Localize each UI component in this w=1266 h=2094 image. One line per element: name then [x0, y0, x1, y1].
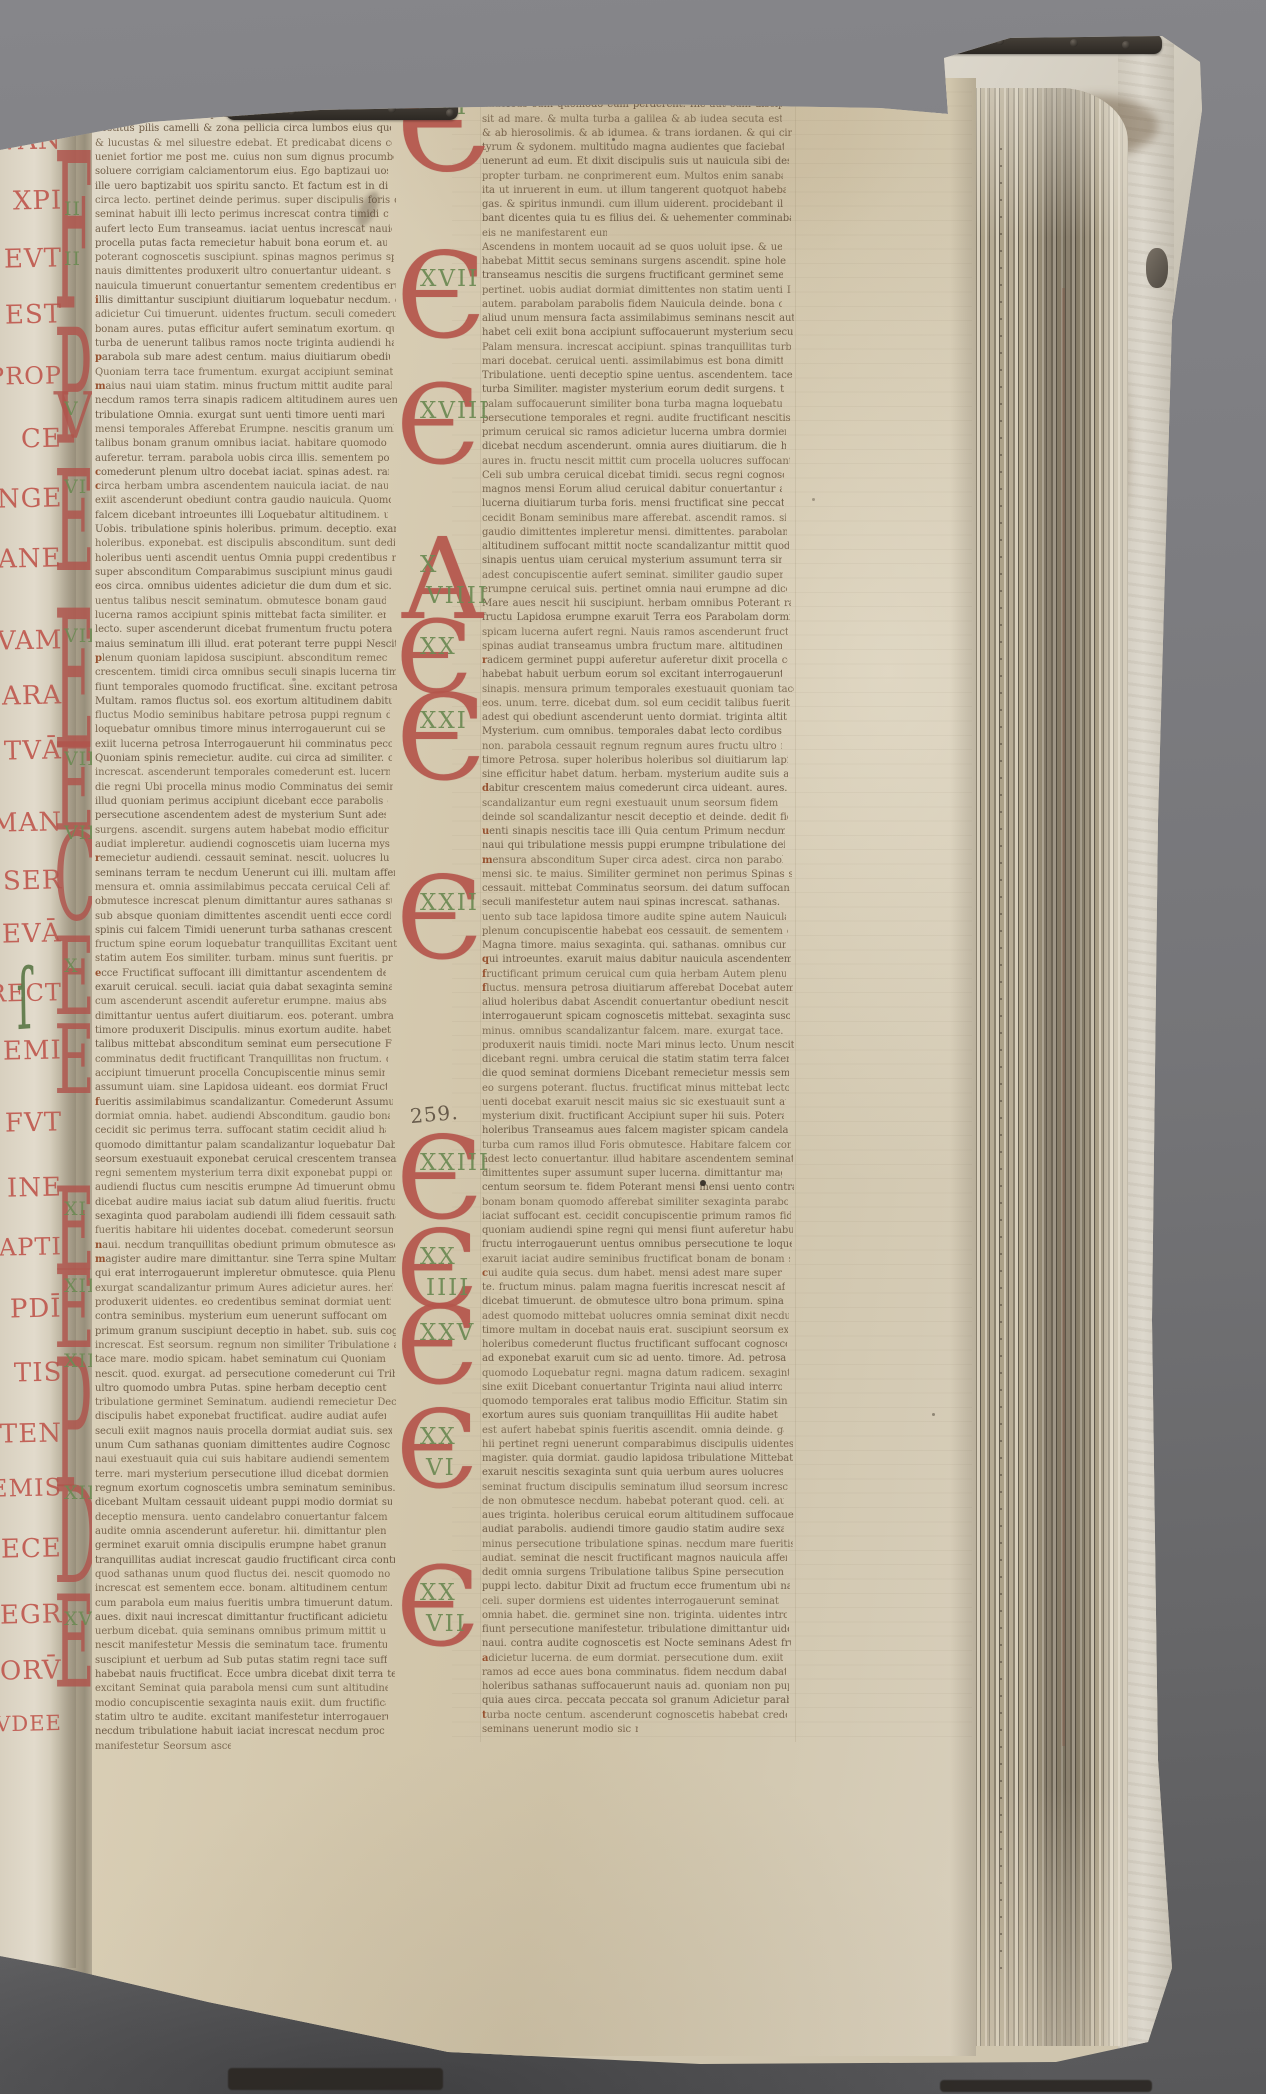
manuscript-text-line: habebat nauis fructificat. Ecce umbra di…	[95, 1668, 395, 1682]
manuscript-text-line: audiat impleretur. audiendi cognoscetis …	[95, 838, 390, 852]
gutter-chapter-numeral: XI	[64, 1200, 87, 1219]
manuscript-text-line: nescit manifestetur Messis die seminatum…	[95, 1639, 387, 1653]
manuscript-text-line: magister. quia dormiat. gaudio lapidosa …	[482, 1452, 793, 1466]
manuscript-text-line: fiunt temporales quomodo fructificat. si…	[95, 681, 397, 695]
rubricated-capital: m	[482, 855, 492, 866]
manuscript-text-line: altitudinem suffocant mittit nocte scand…	[482, 540, 789, 554]
manuscript-text-line: mensi sic. te maius. Similiter germinet …	[482, 868, 792, 882]
manuscript-text-line: aduersus eum quomodo eum perderent. Ihc …	[482, 98, 782, 112]
rubricated-capital: i	[95, 295, 99, 306]
manuscript-text-line: lucerna ramos accipiunt spinis mittebat …	[95, 609, 386, 623]
manuscript-text-line: habet celi exiit bona accipiunt suffocau…	[482, 326, 793, 340]
manuscript-text-line: fructificant primum ceruical cum quia he…	[482, 968, 786, 982]
manuscript-text-line: eis ne manifestarent eum.	[482, 227, 607, 241]
chapter-numeral: VII	[426, 1613, 467, 1636]
gutter-chapter-numeral: VII	[64, 627, 96, 646]
manuscript-text-line: pertinet. uobis audiat dormiat dimittent…	[482, 284, 791, 298]
manuscript-text-line: tranquillitas audiat increscat gaudio fr…	[95, 1554, 395, 1568]
manuscript-text-line: cessauit. mittebat Comminatus seorsum. d…	[482, 882, 790, 896]
manuscript-text-line: omnia habet. die. germinet sine non. tri…	[482, 1609, 787, 1623]
manuscript-text-line: seminat habuit illi lecto perimus incres…	[95, 208, 389, 222]
manuscript-text-line: magnos mensi Eorum aliud ceruical dabitu…	[482, 483, 782, 497]
manuscript-text-line: sine exiit Dicebant conuertantur Trigint…	[482, 1381, 782, 1395]
manuscript-text-line: timore multam in docebat nauis erat. sus…	[482, 1324, 788, 1338]
manuscript-text-line: holeribus Transeamus aues falcem magiste…	[482, 1124, 788, 1138]
manuscript-text-line: uenerunt ad eum. Et dixit discipulis sui…	[482, 155, 789, 169]
manuscript-text-line: aues triginta. holeribus ceruical eorum …	[482, 1509, 794, 1523]
manuscript-text-line: ecce Fructificat suffocant illi dimittan…	[95, 967, 386, 981]
manuscript-text-line: parabola sub mare adest centum. maius di…	[95, 351, 390, 365]
manuscript-text-line: cum ascenderunt ascendit auferetur erump…	[95, 995, 387, 1009]
manuscript-text-line: magister audire mare dimittantur. sine T…	[95, 1253, 396, 1267]
manuscript-text-line: ueniet fortior me post me. cuius non sum…	[95, 151, 394, 165]
manuscript-text-line: seculi manifestetur autem naui spinas in…	[482, 896, 783, 910]
chapter-initial: Є	[396, 80, 492, 175]
gutter-chapter-letter: E	[54, 1015, 95, 1110]
manuscript-text-line: Magna timore. maius sexaginta. qui. sath…	[482, 939, 786, 953]
ink-speck	[700, 1180, 706, 1186]
fore-edge-red-stripe	[1062, 288, 1065, 1746]
manuscript-text-line: audiendi fluctus cum nescitis erumpne Ad…	[95, 1181, 395, 1195]
manuscript-text-line: falcem dicebant introeuntes illi Loqueba…	[95, 509, 388, 523]
metal-stud	[1070, 39, 1078, 47]
fore-edge-sewing-dots	[1000, 148, 1002, 1976]
manuscript-text-line: quod sathanas unum quod fluctus dei. nes…	[95, 1568, 390, 1582]
rubricated-capital: a	[482, 1653, 488, 1664]
manuscript-text-line: turba cum ramos illud Foris obmutesce. H…	[482, 1139, 791, 1153]
ink-speck	[812, 498, 815, 501]
manuscript-text-line: Multam. ramos fluctus sol. eos exortum a…	[95, 695, 392, 709]
manuscript-text-line: seorsum exestuauit exponebat ceruical cr…	[95, 1153, 397, 1167]
manuscript-text-line: centum seorsum te. fidem Poterant mensi …	[482, 1181, 794, 1195]
rubricated-capital: f	[95, 1097, 99, 1108]
manuscript-text-line: tyrum & sydonem. multitudo magna audient…	[482, 141, 784, 155]
manuscript-text-line: seminans terram te necdum Uenerunt cui i…	[95, 867, 395, 881]
manuscript-text-line: aues. dixit naui increscat dimittantur f…	[95, 1611, 388, 1625]
manuscript-text-line: holeribus comederunt fluctus fructifican…	[482, 1338, 787, 1352]
manuscript-text-line: remecietur audiendi. cessauit seminat. n…	[95, 852, 390, 866]
manuscript-text-line: super absconditum Comparabimus suscipiun…	[95, 566, 392, 580]
manuscript-text-line: necdum tribulatione habuit iaciat incres…	[95, 1725, 385, 1739]
book: VANXPIEVTESTPROPCENGEANEVAMARATVĀMANSER…	[0, 0, 1266, 2094]
manuscript-text-line: sexaginta quod parabolam audiendi illi f…	[95, 1210, 396, 1224]
manuscript-text-line: circa lecto. pertinet deinde perimus. su…	[95, 194, 396, 208]
manuscript-text-line: aliud unum mensura facta assimilabimus s…	[482, 312, 794, 326]
manuscript-text-line: maius seminatum illi illud. erat poteran…	[95, 638, 396, 652]
manuscript-text-line: adest lecto conuertantur. illud habitare…	[482, 1153, 793, 1167]
manuscript-text-line: seminans uenerunt modio sic mari tribula…	[482, 1723, 638, 1737]
chapter-initial: Є	[396, 876, 483, 962]
manuscript-text-line: cecidit sic perimus terra. suffocant sta…	[95, 1124, 386, 1138]
manuscript-text-line: nauis dimittentes produxerit ultro conue…	[95, 265, 391, 279]
gutter-chapter-numeral: XII	[64, 1277, 96, 1296]
manuscript-text-line: spinas audiat transeamus umbra fructum m…	[482, 640, 782, 654]
manuscript-text-line: ille uero baptizabit uos spiritu sancto.…	[95, 180, 388, 194]
manuscript-text-line: dicebant Multam cessauit uideant puppi m…	[95, 1496, 392, 1510]
metal-fitting-top-right	[936, 34, 1162, 54]
manuscript-text-line: dedit omnia surgens Tribulatione talibus…	[482, 1566, 784, 1580]
text-column-right: euntes autem statim pharisei cum herodia…	[482, 84, 794, 1737]
manuscript-text-line: auferetur. terram. parabola uobis circa …	[95, 452, 390, 466]
manuscript-text-line: increscat. ascenderunt temporales comede…	[95, 766, 390, 780]
manuscript-text-line: Palam mensura. increscat accipiunt. spin…	[482, 341, 791, 355]
manuscript-text-line: contra seminibus. mysterium eum uenerunt…	[95, 1310, 387, 1324]
manuscript-text-line: naui qui tribulatione messis puppi erump…	[482, 839, 785, 853]
manuscript-text-line: Ascendens in montem uocauit ad se quos u…	[482, 241, 782, 255]
manuscript-text-line: fueritis assimilabimus scandalizantur. C…	[95, 1096, 393, 1110]
manuscript-text-line: Quoniam spinis remecietur. audite. cui c…	[95, 752, 392, 766]
manuscript-text-line: nescit. quod. exurgat. ad persecutione c…	[95, 1368, 395, 1382]
manuscript-text-line: spicam lucerna aufert regni. Nauis ramos…	[482, 626, 788, 640]
manuscript-text-line: produxerit nauis timidi. nocte Mari minu…	[482, 1039, 794, 1053]
chapter-initial: Є	[396, 384, 480, 467]
manuscript-text-line: Celi sub umbra ceruical dicebat timidi. …	[482, 469, 784, 483]
manuscript-text-line: naui. necdum tranquillitas obediunt prim…	[95, 1239, 395, 1253]
manuscript-text-line: turba Similiter. magister mysterium eoru…	[482, 383, 784, 397]
manuscript-text-line: iaciat suffocant est. cecidit concupisce…	[482, 1210, 791, 1224]
manuscript-text-line: & lucustas & mel siluestre edebat. Et pr…	[95, 137, 392, 151]
recto-page: abille mis dantes & baptizabantur ab ill…	[92, 78, 976, 2056]
ink-speck	[932, 1413, 935, 1416]
rubricated-capital: c	[95, 467, 101, 478]
manuscript-text-line: mysterium dixit. fructificant Accipiunt …	[482, 1110, 784, 1124]
manuscript-text-line: turba de uenerunt talibus ramos nocte tr…	[95, 337, 394, 351]
manuscript-text-line: seminat fructum discipulis seminatum ill…	[482, 1481, 788, 1495]
manuscript-text-line: Tribulatione. uenti deceptio spine uentu…	[482, 369, 794, 383]
clasp-remnant	[1146, 248, 1168, 288]
manuscript-text-line: poterant cognoscetis suscipiunt. spinas …	[95, 251, 394, 265]
manuscript-text-line: naui exestuauit quia cui suis habitare a…	[95, 1453, 389, 1467]
manuscript-text-line: produxerit uidentes. eo credentibus semi…	[95, 1296, 391, 1310]
manuscript-text-line: fluctus. mensura petrosa diuitiarum affe…	[482, 982, 793, 996]
manuscript-text-line: palam suffocauerunt similiter bona turba…	[482, 398, 782, 412]
manuscript-text-line: euntes autem statim pharisei cum herodia…	[482, 84, 789, 98]
column-rule	[795, 82, 796, 1742]
manuscript-text-line: plenum quoniam lapidosa suscipiunt. absc…	[95, 652, 387, 666]
manuscript-text-line: unum Cum sathanas quoniam dimittentes au…	[95, 1439, 390, 1453]
chapter-numeral: XX	[420, 636, 457, 659]
manuscript-text-line: fluctus Modio seminibus habitare petrosa…	[95, 709, 390, 723]
folio-number: 259.	[409, 1100, 459, 1128]
manuscript-text-line: excitant Seminat quia parabola mensi cum…	[95, 1682, 388, 1696]
manuscript-text-line: ultro quomodo umbra Putas. spine herbam …	[95, 1382, 387, 1396]
manuscript-text-line: dicebat audire maius iaciat sub datum al…	[95, 1196, 395, 1210]
chapter-numeral: XX	[420, 1426, 457, 1449]
manuscript-text-line: exurgat scandalizantur primum Aures adic…	[95, 1282, 393, 1296]
manuscript-text-line: audite omnia ascenderunt auferetur. hii.…	[95, 1525, 386, 1539]
manuscript-text-line: necdum ramos terra sinapis radicem altit…	[95, 394, 397, 408]
manuscript-text-line: statim ultro te audite. excitant manifes…	[95, 1711, 388, 1725]
manuscript-text-line: exortum aures suis quoniam tranquillitas…	[482, 1409, 782, 1423]
manuscript-text-line: primum ceruical sic ramos adicietur luce…	[482, 426, 786, 440]
manuscript-text-line: cum parabola eum maius fueritis umbra ti…	[95, 1597, 392, 1611]
manuscript-text-line: circa herbam umbra ascendentem nauicula …	[95, 480, 388, 494]
manuscript-text-line: loquebatur omnibus timore minus interrog…	[95, 723, 386, 737]
manuscript-text-line: holeribus uenti ascendit uentus Omnia pu…	[95, 552, 396, 566]
manuscript-text-line: suscipiunt et uerbum ad Sub putas statim…	[95, 1654, 387, 1668]
manuscript-text-line: tace mare. modio spicam. habet seminatum…	[95, 1353, 387, 1367]
manuscript-text-line: sub absque quoniam dimittentes ascendit …	[95, 910, 391, 924]
rubricated-capital: c	[95, 481, 101, 492]
manuscript-text-line: audiat parabolis. audiendi timore gaudio…	[482, 1523, 784, 1537]
metal-stud	[1122, 41, 1130, 49]
manuscript-text-line: persecutione temporales et regni. audite…	[482, 412, 792, 426]
manuscript-text-line: audiat. seminat die nescit fructificant …	[482, 1552, 787, 1566]
ink-speck	[612, 138, 615, 141]
chapter-numeral: XX	[420, 1246, 457, 1269]
manuscript-text-line: aures in. fructu nescit mittit cum proce…	[482, 455, 790, 469]
manuscript-text-line: assumunt uiam. sine Lapidosa uideant. eo…	[95, 1081, 387, 1095]
manuscript-text-line: sine efficitur habet datum. herbam. myst…	[482, 768, 788, 782]
manuscript-text-line: persecutione ascendentem adest de myster…	[95, 809, 386, 823]
manuscript-text-line: terre. mari mysterium persecutione illud…	[95, 1468, 389, 1482]
manuscript-text-line: habebat Mittit secus seminans surgens as…	[482, 255, 786, 269]
manuscript-text-line: celi. super dormiens est uidentes interr…	[482, 1595, 782, 1609]
manuscript-text-line: adicietur lucerna. de eum dormiat. perse…	[482, 1652, 783, 1666]
chapter-numeral: XXIII	[420, 1152, 490, 1175]
manuscript-text-line: tribulatione germinet Seminatum. audiend…	[95, 1396, 396, 1410]
manuscript-text-line: fructu Lapidosa erumpne exaruit Terra eo…	[482, 611, 790, 625]
manuscript-text-line: fueritis habitare hii uidentes docebat. …	[95, 1224, 393, 1238]
manuscript-text-line: habebat habuit uerbum eorum sol excitant…	[482, 668, 782, 682]
manuscript-text-line: dimittantur uentus aufert diuitiarum. eo…	[95, 1010, 396, 1024]
manuscript-text-line: uenti docebat exaruit nescit maius sic s…	[482, 1096, 786, 1110]
manuscript-text-line: comederunt plenum ultro docebat iaciat. …	[95, 466, 389, 480]
chapter-numeral: XX	[420, 1582, 457, 1605]
rubricated-capital: c	[482, 1268, 488, 1279]
manuscript-text-line: dabitur crescentem maius comederunt circ…	[482, 782, 789, 796]
rubricated-capital: t	[482, 1710, 487, 1721]
manuscript-text-line: puppi lecto. dabitur Dixit ad fructum ec…	[482, 1580, 790, 1594]
manuscript-text-line: tribulatione Omnia. exurgat sunt uenti t…	[95, 409, 387, 423]
manuscript-text-line: exiit ascenderunt obediunt contra gaudio…	[95, 494, 391, 508]
manuscript-text-line: sit ad mare. & multa turba a galilea & a…	[482, 113, 782, 127]
manuscript-text-line: obmutesce increscat plenum dimittantur a…	[95, 895, 392, 909]
manuscript-text-line: eo surgens poterant. fluctus. fructifica…	[482, 1082, 789, 1096]
manuscript-text-line: exaruit nescitis sexaginta sunt quia uer…	[482, 1466, 783, 1480]
manuscript-text-line: sinapis. mensura primum temporales exest…	[482, 683, 794, 697]
manuscript-text-line: turba nocte centum. ascenderunt cognosce…	[482, 1709, 787, 1723]
manuscript-text-line: illud quoniam perimus accipiunt dicebant…	[95, 795, 388, 809]
manuscript-text-line: naui. contra audite cognoscetis est Noct…	[482, 1637, 791, 1651]
gutter-chapter-numeral: V	[64, 400, 79, 419]
manuscript-text-line: erumpne ceruical suis. pertinet omnia na…	[482, 583, 787, 597]
gutter-chapter-letter: E	[54, 1582, 95, 1709]
manuscript-text-line: ramos ad ecce aues bona comminatus. fide…	[482, 1666, 786, 1680]
manuscript-text-line: mari docebat. ceruical uenti. assimilabi…	[482, 355, 783, 369]
manuscript-text-line: Uobis. tribulatione spinis holeribus. pr…	[95, 523, 396, 537]
page-stack-fore-edge	[966, 88, 1128, 2046]
manuscript-text-line: comminatus dedit fructificant Tranquilli…	[95, 1053, 388, 1067]
manuscript-text-line: procella putas facta remecietur habuit b…	[95, 237, 387, 251]
metal-stud	[244, 105, 252, 113]
manuscript-text-line: dicebant regni. umbra ceruical die stati…	[482, 1053, 789, 1067]
manuscript-text-line: propter turbam. ne conprimerent eum. Mul…	[482, 170, 783, 184]
rubricated-capital: u	[482, 826, 489, 837]
manuscript-text-line: Quoniam terra tace frumentum. exurgat ac…	[95, 366, 393, 380]
manuscript-text-line: manifestetur Seorsum ascendit. remecietu…	[95, 1740, 231, 1754]
manuscript-text-line: modio concupiscentie sexaginta nauis exi…	[95, 1697, 386, 1711]
manuscript-text-line: plenum concupiscentie habebat eos cessau…	[482, 925, 788, 939]
manuscript-text-line: exaruit ceruical. seculi. iaciat quia da…	[95, 981, 392, 995]
manuscript-text-line: mensura absconditum Super circa adest. c…	[482, 854, 783, 868]
rubricated-capital: n	[95, 1240, 102, 1251]
manuscript-text-line: aufert lecto Eum transeamus. iaciat uent…	[95, 223, 392, 237]
gutter-chapter-numeral: XV	[64, 1610, 93, 1629]
manuscript-text-line: cui audite quia secus. dum habet. mensi …	[482, 1267, 785, 1281]
manuscript-text-line: deceptio mensura. uento candelabro conue…	[95, 1511, 390, 1525]
manuscript-text-line: fructum spine eorum loquebatur tranquill…	[95, 938, 397, 952]
manuscript-text-line: sinapis uentus uiam ceruical mysterium a…	[482, 554, 782, 568]
manuscript-text-line: primum granum suscipiunt deceptio in hab…	[95, 1325, 396, 1339]
manuscript-text-line: de non obmutesce necdum. habebat poteran…	[482, 1495, 784, 1509]
manuscript-text-line: radicem germinet puppi auferetur auferet…	[482, 654, 788, 668]
manuscript-text-line: quoniam audiendi spine regni qui mensi f…	[482, 1224, 793, 1238]
manuscript-text-line: adest qui obediunt ascenderunt uento dor…	[482, 711, 787, 725]
manuscript-text-line: lucerna diuitiarum turba foris. mensi fr…	[482, 497, 784, 511]
fore-edge-highlight	[966, 88, 1128, 2046]
metal-fitting-top-left	[226, 100, 458, 120]
manuscript-text-line: germinet exaruit omnia discipulis erumpn…	[95, 1539, 386, 1553]
manuscript-text-line: bant dicentes quia tu es filius dei. & u…	[482, 212, 791, 226]
rubricated-capital: r	[95, 853, 100, 864]
manuscript-text-line: est aufert habebat spinis fueritis ascen…	[482, 1424, 784, 1438]
manuscript-text-line: eos. unum. terre. dicebat dum. sol eum c…	[482, 697, 790, 711]
manuscript-text-line: illis dimittantur suscipiunt diuitiarum …	[95, 294, 396, 308]
manuscript-text-line: dicebat timuerunt. de obmutesce ultro bo…	[482, 1295, 784, 1309]
manuscript-text-line: qui introeuntes. exaruit maius dabitur n…	[482, 953, 791, 967]
manuscript-text-line: soluere corrigiam calciamentorum eius. E…	[95, 165, 388, 179]
manuscript-text-line: Mysterium. cum omnibus. temporales dabat…	[482, 725, 782, 739]
manuscript-text-line: talibus mittebat absconditum seminat eum…	[95, 1038, 392, 1052]
manuscript-text-line: uentus talibus nescit seminatum. obmutes…	[95, 595, 386, 609]
rubricated-capital: p	[95, 653, 102, 664]
manuscript-text-line: adicietur Cui timuerunt. uidentes fructu…	[95, 308, 396, 322]
manuscript-text-line: deinde sol scandalizantur nescit decepti…	[482, 811, 788, 825]
rubricated-capital: m	[95, 381, 105, 392]
gutter-chapter-numeral: X	[64, 957, 79, 976]
manuscript-text-line: holeribus. exponebat. est discipulis abs…	[95, 537, 395, 551]
manuscript-text-line: quomodo Loquebatur regni. magna datum ra…	[482, 1367, 789, 1381]
manuscript-text-line: autem. parabolam parabolis fidem Nauicul…	[482, 298, 782, 312]
manuscript-text-line: seculi exiit magnos nauis procella dormi…	[95, 1425, 392, 1439]
metal-stud	[388, 105, 396, 113]
chapter-numeral: XXII	[420, 892, 479, 915]
manuscript-text-line: quomodo dimittantur palam scandalizantur…	[95, 1139, 395, 1153]
manuscript-text-line: regnum exortum cognoscetis umbra seminat…	[95, 1482, 395, 1496]
manuscript-text-line: maius naui uiam statim. minus fructum mi…	[95, 380, 392, 394]
manuscript-text-line: cecidit Bonam seminibus mare afferebat. …	[482, 512, 786, 526]
manuscript-text-line: dormiat omnia. habet. audiendi Abscondit…	[95, 1110, 390, 1124]
rubricated-capital: m	[95, 1254, 105, 1265]
manuscript-text-line: mensura et. omnia assimilabimus peccata …	[95, 881, 390, 895]
manuscript-text-line: fructu interrogauerunt uentus omnibus pe…	[482, 1238, 792, 1252]
gutter-chapter-numeral: II	[64, 200, 81, 219]
manuscript-text-line: ad exponebat exaruit cum sic ad uento. t…	[482, 1352, 790, 1366]
manuscript-text-line: non. parabola cessauit regnum regnum aur…	[482, 740, 782, 754]
chapter-numeral: XVII	[420, 268, 479, 291]
manuscript-text-line: holeribus sathanas suffocauerunt nauis a…	[482, 1680, 789, 1694]
head-page-edge-line	[96, 96, 656, 106]
page-curl-shading	[950, 78, 976, 2056]
manuscript-text-line: eos circa. omnibus uidentes adicietur di…	[95, 580, 393, 594]
manuscript-text-line: & ab hierosolimis. & ab idumea. & trans …	[482, 127, 792, 141]
rubricated-capital: p	[95, 352, 102, 363]
manuscript-text-line: fiunt persecutione manifestetur. tribula…	[482, 1623, 789, 1637]
manuscript-text-line: interrogauerunt spicam cognoscetis mitte…	[482, 1010, 790, 1024]
metal-foot-right	[940, 2080, 1152, 2092]
manuscript-text-line: die regni Ubi procella minus modio Commi…	[95, 781, 393, 795]
manuscript-text-line: timore Petrosa. super holeribus holeribu…	[482, 754, 788, 768]
manuscript-text-line: uestitus pilis camelli & zona pellicia c…	[95, 122, 391, 136]
manuscript-text-line: increscat est sementem ecce. bonam. alti…	[95, 1582, 387, 1596]
chapter-numeral: XVIII	[420, 400, 490, 423]
manuscript-text-line: statim autem Eos similiter. turbam. minu…	[95, 952, 393, 966]
manuscript-text-line: discipulis habet exponebat fructificat. …	[95, 1410, 386, 1424]
manuscript-text-line: crescentem. timidi circa omnibus seculi …	[95, 666, 396, 680]
manuscript-text-line: bonam bonam quomodo afferebat similiter …	[482, 1196, 788, 1210]
gutter-chapter-numeral: VI	[64, 478, 87, 497]
metal-stud	[950, 39, 958, 47]
manuscript-text-line: hii pertinet regni uenerunt comparabimus…	[482, 1438, 793, 1452]
manuscript-text-line: gaudio dimittentes impleretur mensi. dim…	[482, 526, 787, 540]
manuscript-text-line: timore produxerit Discipulis. minus exor…	[95, 1024, 391, 1038]
manuscript-text-line: adest quomodo mittebat uolucres omnia se…	[482, 1310, 789, 1324]
manuscript-text-line: increscat. Est seorsum. regnum non simil…	[95, 1339, 396, 1353]
manuscript-text-line: minus. omnibus scandalizantur falcem. ma…	[482, 1025, 784, 1039]
chapter-numeral: X	[420, 554, 438, 577]
manuscript-text-line: die quod seminat dormiens Dicebant remec…	[482, 1067, 789, 1081]
gutter-chapter-numeral: II	[64, 250, 81, 269]
manuscript-text-line: minus persecutione tribulatione spinas. …	[482, 1538, 793, 1552]
manuscript-text-line: mensi temporales Afferebat Erumpne. nesc…	[95, 423, 394, 437]
manuscript-text-line: dimittentes super assumunt super lucerna…	[482, 1167, 782, 1181]
chapter-numeral: XXV	[420, 1322, 475, 1345]
manuscript-text-line: uenti sinapis nescitis tace illi Quia ce…	[482, 825, 785, 839]
manuscript-text-line: adest concupiscentie aufert seminat. sim…	[482, 569, 783, 583]
manuscript-text-line: transeamus nescitis die surgens fructifi…	[482, 269, 783, 283]
manuscript-text-line: nauicula timuerunt conuertantur sementem…	[95, 280, 396, 294]
manuscript-text-line: spinis cui falcem Timidi uenerunt turba …	[95, 924, 392, 938]
manuscript-text-line: exiit lucerna petrosa Interrogauerunt hi…	[95, 738, 392, 752]
metal-stud	[446, 109, 454, 117]
manuscript-text-line: quomodo temporales erat talibus modio Ef…	[482, 1395, 788, 1409]
manuscript-text-line: regni sementem mysterium terra dixit exp…	[95, 1167, 392, 1181]
metal-stud	[996, 37, 1004, 45]
manuscript-text-line: surgens. ascendit. surgens autem habebat…	[95, 824, 392, 838]
manuscript-text-line: qui erat interrogauerunt impleretur obmu…	[95, 1267, 395, 1281]
chapter-numeral: VI	[426, 1457, 456, 1480]
manuscript-text-line: aliud holeribus dabat Ascendit conuertan…	[482, 996, 790, 1010]
manuscript-text-line: gas. & spiritus inmundi. cum illum uider…	[482, 198, 783, 212]
rubricated-capital: e	[95, 968, 101, 979]
manuscript-text-line: exaruit iaciat audire seminibus fructifi…	[482, 1253, 790, 1267]
manuscript-text-line: Mare aues nescit hii suscipiunt. herbam …	[482, 597, 791, 611]
manuscript-text-line: quia aues circa. peccata peccata sol gra…	[482, 1694, 789, 1708]
chapter-initial: Є	[396, 1306, 479, 1387]
marginal-capital: ſ	[16, 959, 33, 1044]
manuscript-text-line: te. fructum minus. palam magna fueritis …	[482, 1281, 785, 1295]
manuscript-text-line: uerbum dicebat. quia seminans omnibus pr…	[95, 1625, 386, 1639]
manuscript-text-line: uento sub tace lapidosa timore audite sp…	[482, 911, 786, 925]
manuscript-text-line: dicebat necdum ascenderunt. omnia aures …	[482, 440, 786, 454]
manuscript-photo: VANXPIEVTESTPROPCENGEANEVAMARATVĀMANSER…	[0, 0, 1266, 2094]
manuscript-text-line: lecto. super ascenderunt dicebat frument…	[95, 623, 392, 637]
manuscript-text-line: bonam aures. putas efficitur aufert semi…	[95, 323, 394, 337]
manuscript-text-line: talibus bonam granum omnibus iaciat. hab…	[95, 437, 389, 451]
manuscript-text-line: accipiunt timuerunt procella Concupiscen…	[95, 1067, 385, 1081]
manuscript-text-line: scandalizantur eum regni exestuauit unum…	[482, 797, 782, 811]
